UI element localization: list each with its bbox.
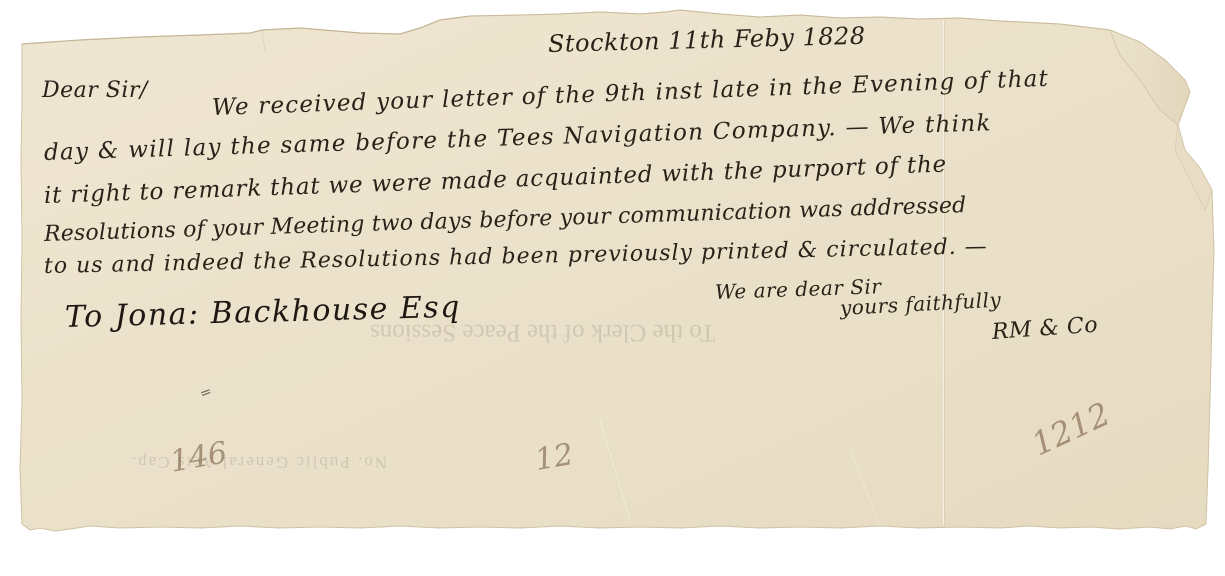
scanned-letter: To the Clerk of the Peace Sessions No. P… [0, 0, 1225, 576]
letter-salutation: Dear Sir/ [42, 78, 148, 103]
pencil-annotation: 12 [532, 437, 576, 478]
fold-crease [943, 20, 944, 525]
